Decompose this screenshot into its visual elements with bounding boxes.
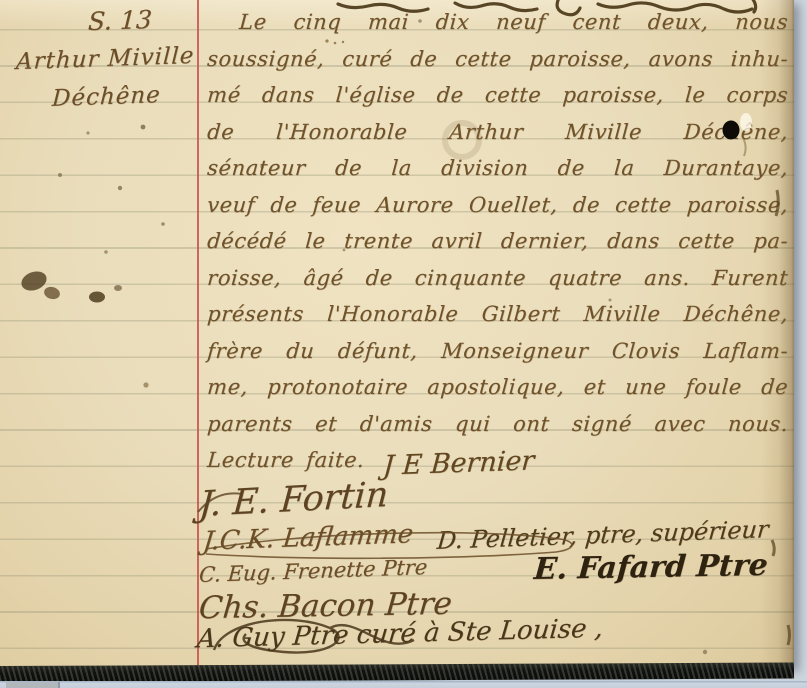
- act-line: roisse, âgé de cinquante quatre ans. Fur…: [206, 260, 790, 297]
- act-line: décédé le trente avril dernier, dans cet…: [206, 223, 790, 260]
- signature-bernier: J E Bernier: [382, 445, 535, 481]
- scanner-bed-strip: [0, 681, 807, 688]
- margin-name-line-2: Déchêne: [51, 82, 161, 112]
- act-line: veuf de feue Aurore Ouellet, de cette pa…: [206, 187, 790, 224]
- act-line: parents et d'amis qui ont signé avec nou…: [206, 406, 790, 443]
- scanner-bed-corner: [6, 682, 60, 688]
- act-line: sénateur de la division de la Durantaye,: [206, 150, 790, 187]
- register-page: S. 13 Arthur Miville Déchêne Le cinq mai…: [0, 0, 794, 667]
- signature-frenette: C. Eug. Frenette Ptre: [198, 555, 428, 587]
- signature-laflamme: J.C.K. Laflamme: [201, 519, 414, 556]
- act-line: me, protonotaire apostolique, et une fou…: [206, 369, 790, 406]
- act-line: frère du défunt, Monseigneur Clovis Lafl…: [206, 333, 790, 370]
- burial-act-text: Le cinq mai dix neuf cent deux, nous sou…: [206, 4, 787, 479]
- act-line: soussigné, curé de cette paroisse, avons…: [206, 41, 790, 78]
- act-line: Le cinq mai dix neuf cent deux, nous: [206, 4, 790, 41]
- act-line: présents l'Honorable Gilbert Miville Déc…: [206, 296, 790, 333]
- margin-name-line-1: Arthur Miville: [15, 43, 195, 75]
- book-binding-edge: [0, 663, 794, 682]
- act-line: de l'Honorable Arthur Miville Déchêne,: [206, 114, 790, 151]
- margin-entry-number: S. 13: [87, 5, 152, 36]
- signature-fafard: E. Fafard Ptre: [533, 548, 769, 587]
- signature-fortin: J. E. Fortin: [198, 475, 390, 525]
- act-line: mé dans l'église de cette paroisse, le c…: [206, 77, 790, 114]
